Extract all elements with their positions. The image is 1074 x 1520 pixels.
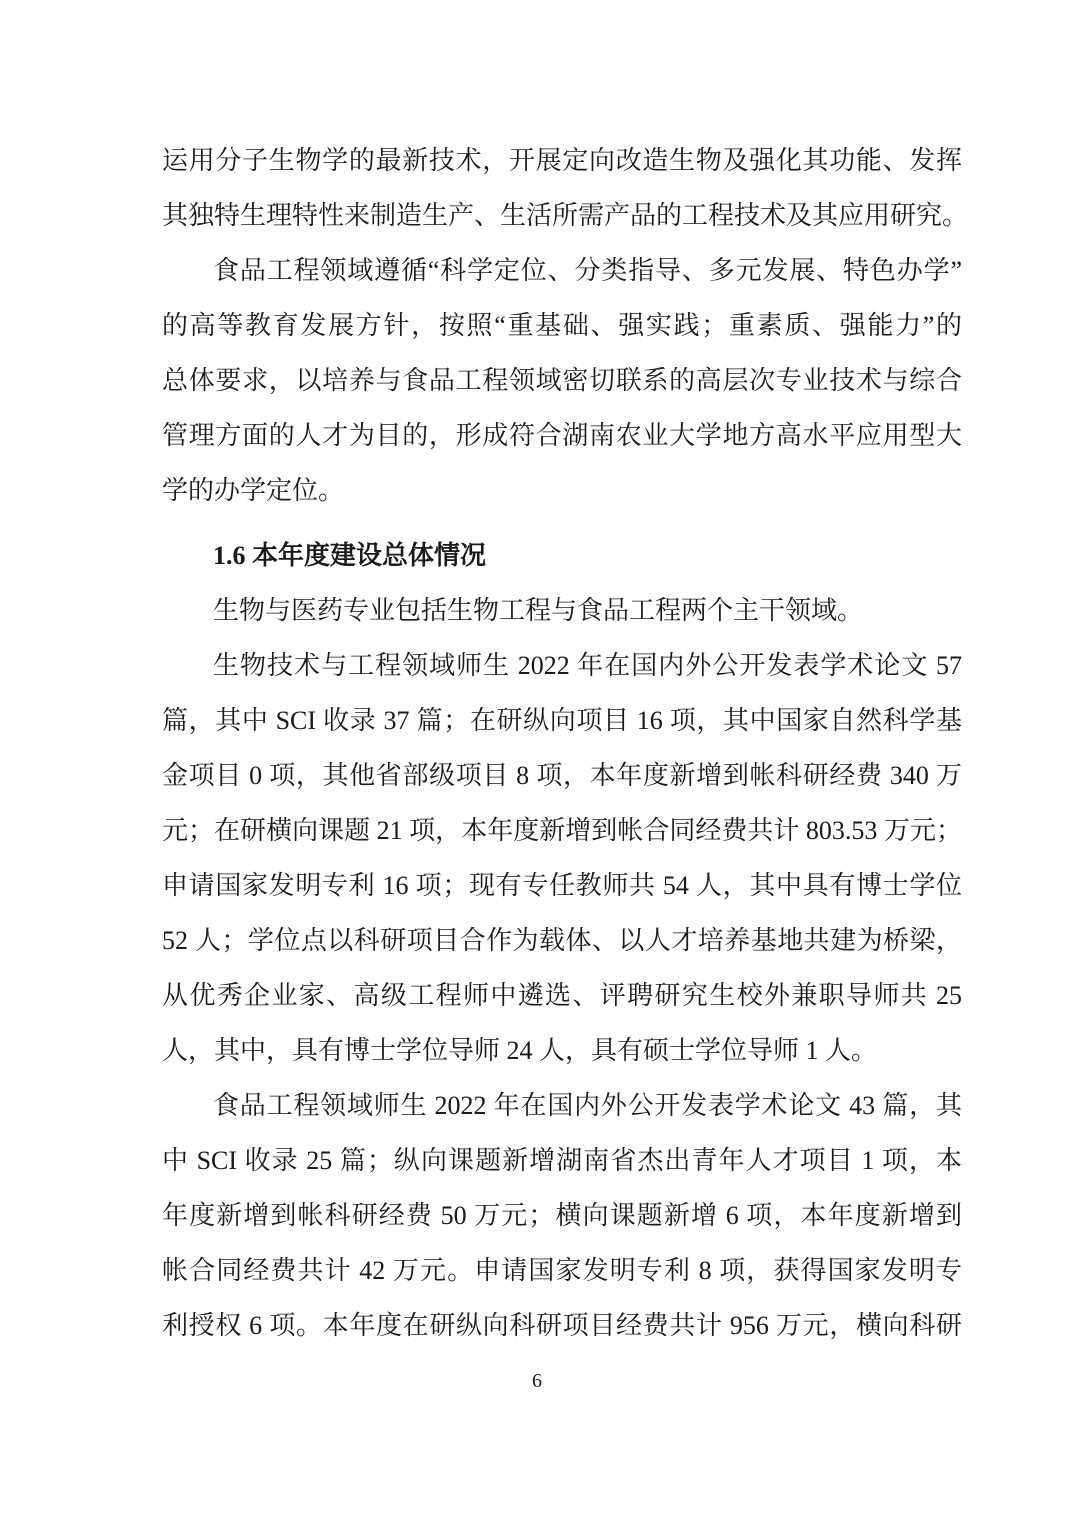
text-line: 生物与医药专业包括生物工程与食品工程两个主干领域。 — [162, 583, 962, 638]
text-line: 人，其中，具有博士学位导师 24 人，具有硕士学位导师 1 人。 — [162, 1023, 962, 1078]
text-line: 运用分子生物学的最新技术，开展定向改造生物及强化其功能、发挥 — [162, 133, 962, 188]
text-line: 篇，其中 SCI 收录 37 篇；在研纵向项目 16 项，其中国家自然科学基 — [162, 693, 962, 748]
text-line: 食品工程领域师生 2022 年在国内外公开发表学术论文 43 篇，其 — [162, 1078, 962, 1133]
text-line: 52 人；学位点以科研项目合作为载体、以人才培养基地共建为桥梁， — [162, 913, 962, 968]
text-line: 从优秀企业家、高级工程师中遴选、评聘研究生校外兼职导师共 25 — [162, 968, 962, 1023]
text-line: 生物技术与工程领域师生 2022 年在国内外公开发表学术论文 57 — [162, 638, 962, 693]
text-line: 金项目 0 项，其他省部级项目 8 项，本年度新增到帐科研经费 340 万 — [162, 748, 962, 803]
text-line: 总体要求，以培养与食品工程领域密切联系的高层次专业技术与综合 — [162, 353, 962, 408]
page-number: 6 — [0, 1367, 1074, 1395]
text-line: 食品工程领域遵循“科学定位、分类指导、多元发展、特色办学” — [162, 243, 962, 298]
section-heading: 1.6 本年度建设总体情况 — [162, 528, 962, 583]
text-line: 的高等教育发展方针，按照“重基础、强实践；重素质、强能力”的 — [162, 298, 962, 353]
text-line: 管理方面的人才为目的，形成符合湖南农业大学地方高水平应用型大 — [162, 408, 962, 463]
text-line: 其独特生理特性来制造生产、生活所需产品的工程技术及其应用研究。 — [162, 188, 962, 243]
text-line: 学的办学定位。 — [162, 463, 962, 518]
text-line: 年度新增到帐科研经费 50 万元；横向课题新增 6 项，本年度新增到 — [162, 1188, 962, 1243]
text-line: 中 SCI 收录 25 篇；纵向课题新增湖南省杰出青年人才项目 1 项，本 — [162, 1133, 962, 1188]
text-line: 申请国家发明专利 16 项；现有专任教师共 54 人，其中具有博士学位 — [162, 858, 962, 913]
text-line: 帐合同经费共计 42 万元。申请国家发明专利 8 项，获得国家发明专 — [162, 1243, 962, 1298]
document-body: 运用分子生物学的最新技术，开展定向改造生物及强化其功能、发挥 其独特生理特性来制… — [162, 133, 962, 1353]
text-line: 元；在研横向课题 21 项，本年度新增到帐合同经费共计 803.53 万元； — [162, 803, 962, 858]
text-line: 利授权 6 项。本年度在研纵向科研项目经费共计 956 万元，横向科研 — [162, 1298, 962, 1353]
document-page: 运用分子生物学的最新技术，开展定向改造生物及强化其功能、发挥 其独特生理特性来制… — [0, 0, 1074, 1520]
